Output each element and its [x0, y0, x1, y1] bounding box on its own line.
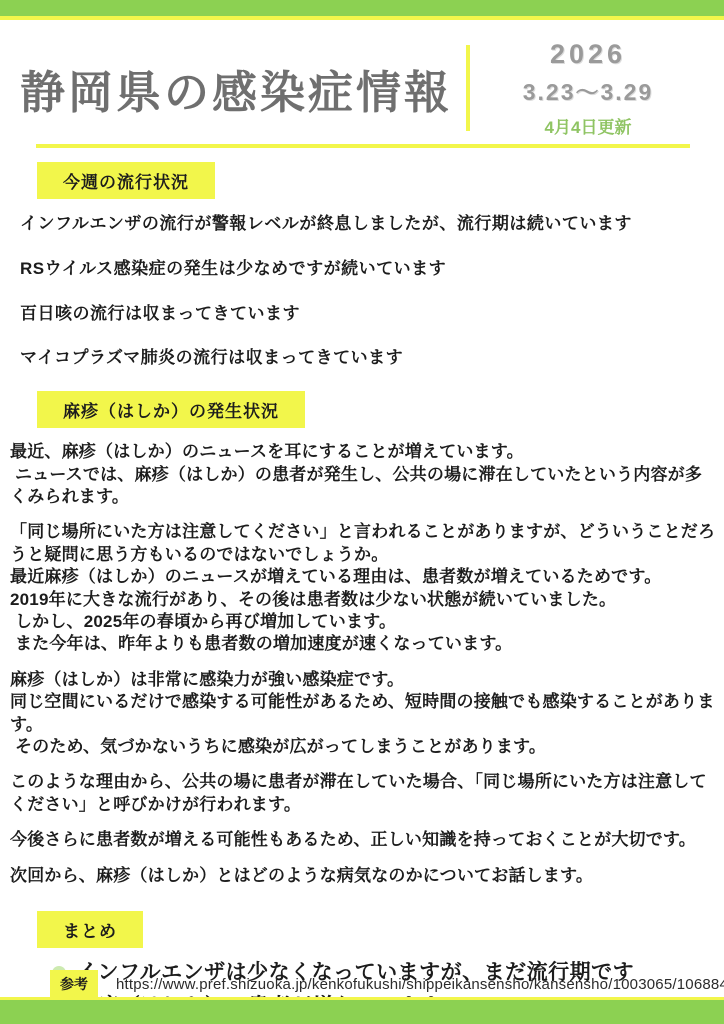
measles-paragraph: 今後さらに患者数が増える可能性もあるため、正しい知識を持っておくことが大切です。: [10, 829, 716, 851]
reference-label: 参考: [50, 970, 98, 998]
status-line-mycoplasma: マイコプラズマ肺炎の流行は収まってきています: [20, 346, 714, 370]
page-title: 静岡県の感染症情報: [20, 56, 452, 121]
measles-paragraph: 最近、麻疹（はしか）のニュースを耳にすることが増えています。 ニュースでは、麻疹…: [10, 441, 716, 508]
section-weekly-status: 今週の流行状況 インフルエンザの流行が警報レベルが終息しましたが、流行期は続いて…: [0, 162, 724, 370]
newsletter-page: 静岡県の感染症情報 2026 3.23～3.29 4月4日更新 今週の流行状況 …: [0, 0, 724, 1024]
measles-paragraphs: 最近、麻疹（はしか）のニュースを耳にすることが増えています。 ニュースでは、麻疹…: [10, 441, 716, 887]
top-accent-bar: [0, 0, 724, 20]
status-line-influenza: インフルエンザの流行が警報レベルが終息しましたが、流行期は続いています: [20, 212, 714, 236]
measles-paragraph: このような理由から、公共の場に患者が滞在していた場合、「同じ場所にいた方は注意し…: [10, 771, 716, 816]
reference-row: 参考 https://www.pref.shizuoka.jp/kenkofuk…: [50, 971, 724, 997]
weekly-status-label: 今週の流行状況: [37, 162, 215, 199]
date-updated: 4月4日更新: [470, 117, 706, 138]
footer: 参考 https://www.pref.shizuoka.jp/kenkofuk…: [0, 971, 724, 1024]
section-measles: 麻疹（はしか）の発生状況 最近、麻疹（はしか）のニュースを耳にすることが増えてい…: [0, 391, 724, 887]
bottom-accent-bar: [0, 1000, 724, 1024]
status-line-pertussis: 百日咳の流行は収まってきています: [20, 302, 714, 326]
measles-paragraph: 麻疹（はしか）は非常に感染力が強い感染症です。 同じ空間にいるだけで感染する可能…: [10, 669, 716, 759]
measles-paragraph: 「同じ場所にいた方は注意してください」と言われることがありますが、どういうことだ…: [10, 521, 716, 655]
reference-url-link[interactable]: https://www.pref.shizuoka.jp/kenkofukush…: [116, 976, 724, 993]
summary-label: まとめ: [37, 911, 143, 948]
measles-section-label: 麻疹（はしか）の発生状況: [37, 391, 305, 428]
status-line-rs-virus: RSウイルス感染症の発生は少なめですが続いています: [20, 257, 714, 281]
header: 静岡県の感染症情報 2026 3.23～3.29 4月4日更新: [20, 38, 706, 138]
date-block: 2026 3.23～3.29 4月4日更新: [470, 38, 706, 138]
measles-paragraph: 次回から、麻疹（はしか）とはどのような病気なのかについてお話します。: [10, 865, 716, 887]
date-range: 3.23～3.29: [470, 78, 706, 107]
header-rule: [36, 144, 690, 148]
date-year: 2026: [470, 38, 706, 72]
